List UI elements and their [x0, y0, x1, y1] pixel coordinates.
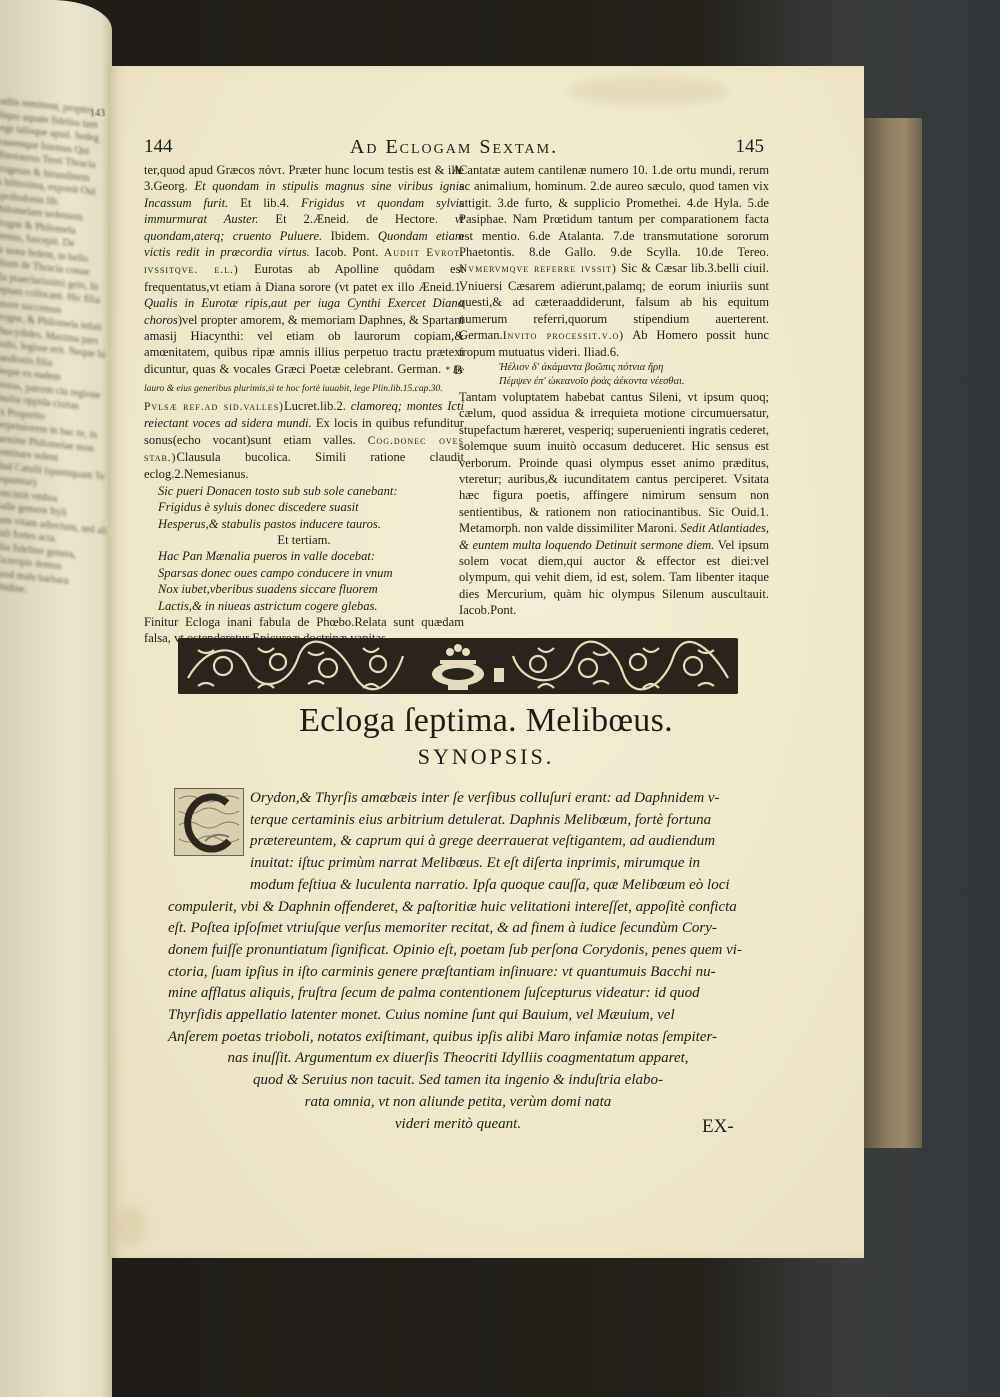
commentary-paragraph: ter,quod apud Græcos πόντ. Præter hunc l… [144, 162, 464, 398]
synopsis-line: eſt. Poſtea ipſoſmet vtriuſque verſus me… [168, 918, 748, 940]
paper-stain [568, 76, 728, 106]
synopsis-line: Orydon,& Thyrſis amœbæis inter ſe verſib… [168, 788, 748, 810]
paper-stain [116, 1206, 146, 1246]
synopsis-line: donem fuiſſe pronuntiatum ſignificat. Op… [168, 940, 748, 962]
synopsis-text: Orydon,& Thyrſis amœbæis inter ſe verſib… [168, 788, 748, 1135]
synopsis-line: mine afflatus aliquis, fruſtra ſecum de … [168, 983, 748, 1005]
synopsis-heading: SYNOPSIS. [108, 744, 864, 770]
left-column-commentary: ter,quod apud Græcos πόντ. Præter hunc l… [144, 162, 464, 647]
page-number-right: 145 [736, 136, 765, 158]
woodcut-headpiece-ornament [178, 638, 738, 694]
book-back-board [862, 118, 922, 1148]
left-page-curl: 143 Radiis remittent, propterilliquo aqu… [0, 0, 112, 1397]
synopsis-line: prætereuntem, & caprum qui à grege deerr… [168, 831, 748, 853]
left-page-blurred-text: Radiis remittent, propterilliquo aquate … [0, 94, 106, 1226]
synopsis-line: videri meritò queant. [168, 1114, 748, 1136]
synopsis-line: rata omnia, vt non aliunde petita, verùm… [168, 1092, 748, 1114]
synopsis-line: Anſerem poetas trioboli, notatos exiſtim… [168, 1027, 748, 1049]
synopsis-line: Thyrſidis appellatio latenter monet. Cui… [168, 1005, 748, 1027]
right-column-commentary: Cantatæ autem cantilenæ numero 10. 1.de … [459, 162, 769, 619]
synopsis-line: quod & Seruius non tacuit. Sed tamen ita… [168, 1070, 748, 1092]
greek-quotation: Ἠέλιον δ' ἀκάμαντα βοῶπις πότνια ἥρη Πέμ… [499, 361, 769, 389]
synopsis-line: inuitat: iſtuc primùm narrat Melibœus. E… [168, 853, 748, 875]
eclogue-title: Ecloga ſeptima. Melibœus. [108, 702, 864, 740]
running-head: 144 Ad Eclogam Sextam. 145 [144, 136, 764, 162]
foliage-vase-ornament-icon [178, 638, 738, 694]
synopsis-line: compulerit, vbi & Daphnin offenderet, & … [168, 897, 748, 919]
commentary-paragraph: Cantatæ autem cantilenæ numero 10. 1.de … [459, 162, 769, 361]
commentary-paragraph: Tantam voluptatem habebat cantus Sileni,… [459, 389, 769, 619]
synopsis-line: nas inuſſit. Argumentum ex diuerſis Theo… [168, 1048, 748, 1070]
synopsis-line: terque certaminis eius arbitrium detuler… [168, 810, 748, 832]
synopsis-line: modum feſtiua & luculenta narratio. Ipſa… [168, 875, 748, 897]
catchword: EX- [702, 1116, 734, 1138]
right-page: 144 Ad Eclogam Sextam. 145 A B ter,quod … [108, 66, 864, 1258]
verse-quotation: Sic pueri Donacen tosto sub sub sole can… [158, 483, 464, 532]
decorated-initial-c: C [174, 788, 244, 856]
drop-cap-c-icon: C [175, 789, 243, 855]
et-tertiam: Et tertiam. [144, 532, 464, 548]
synopsis-line: ctoria, ſuam ipſius in iſto carminis gen… [168, 962, 748, 984]
running-title: Ad Eclogam Sextam. [144, 136, 764, 159]
commentary-paragraph: Pvlsæ ref.ad sid.valles)Lucret.lib.2. cl… [144, 398, 464, 483]
verse-quotation: Hac Pan Mænalia pueros in valle docebat:… [158, 548, 464, 614]
